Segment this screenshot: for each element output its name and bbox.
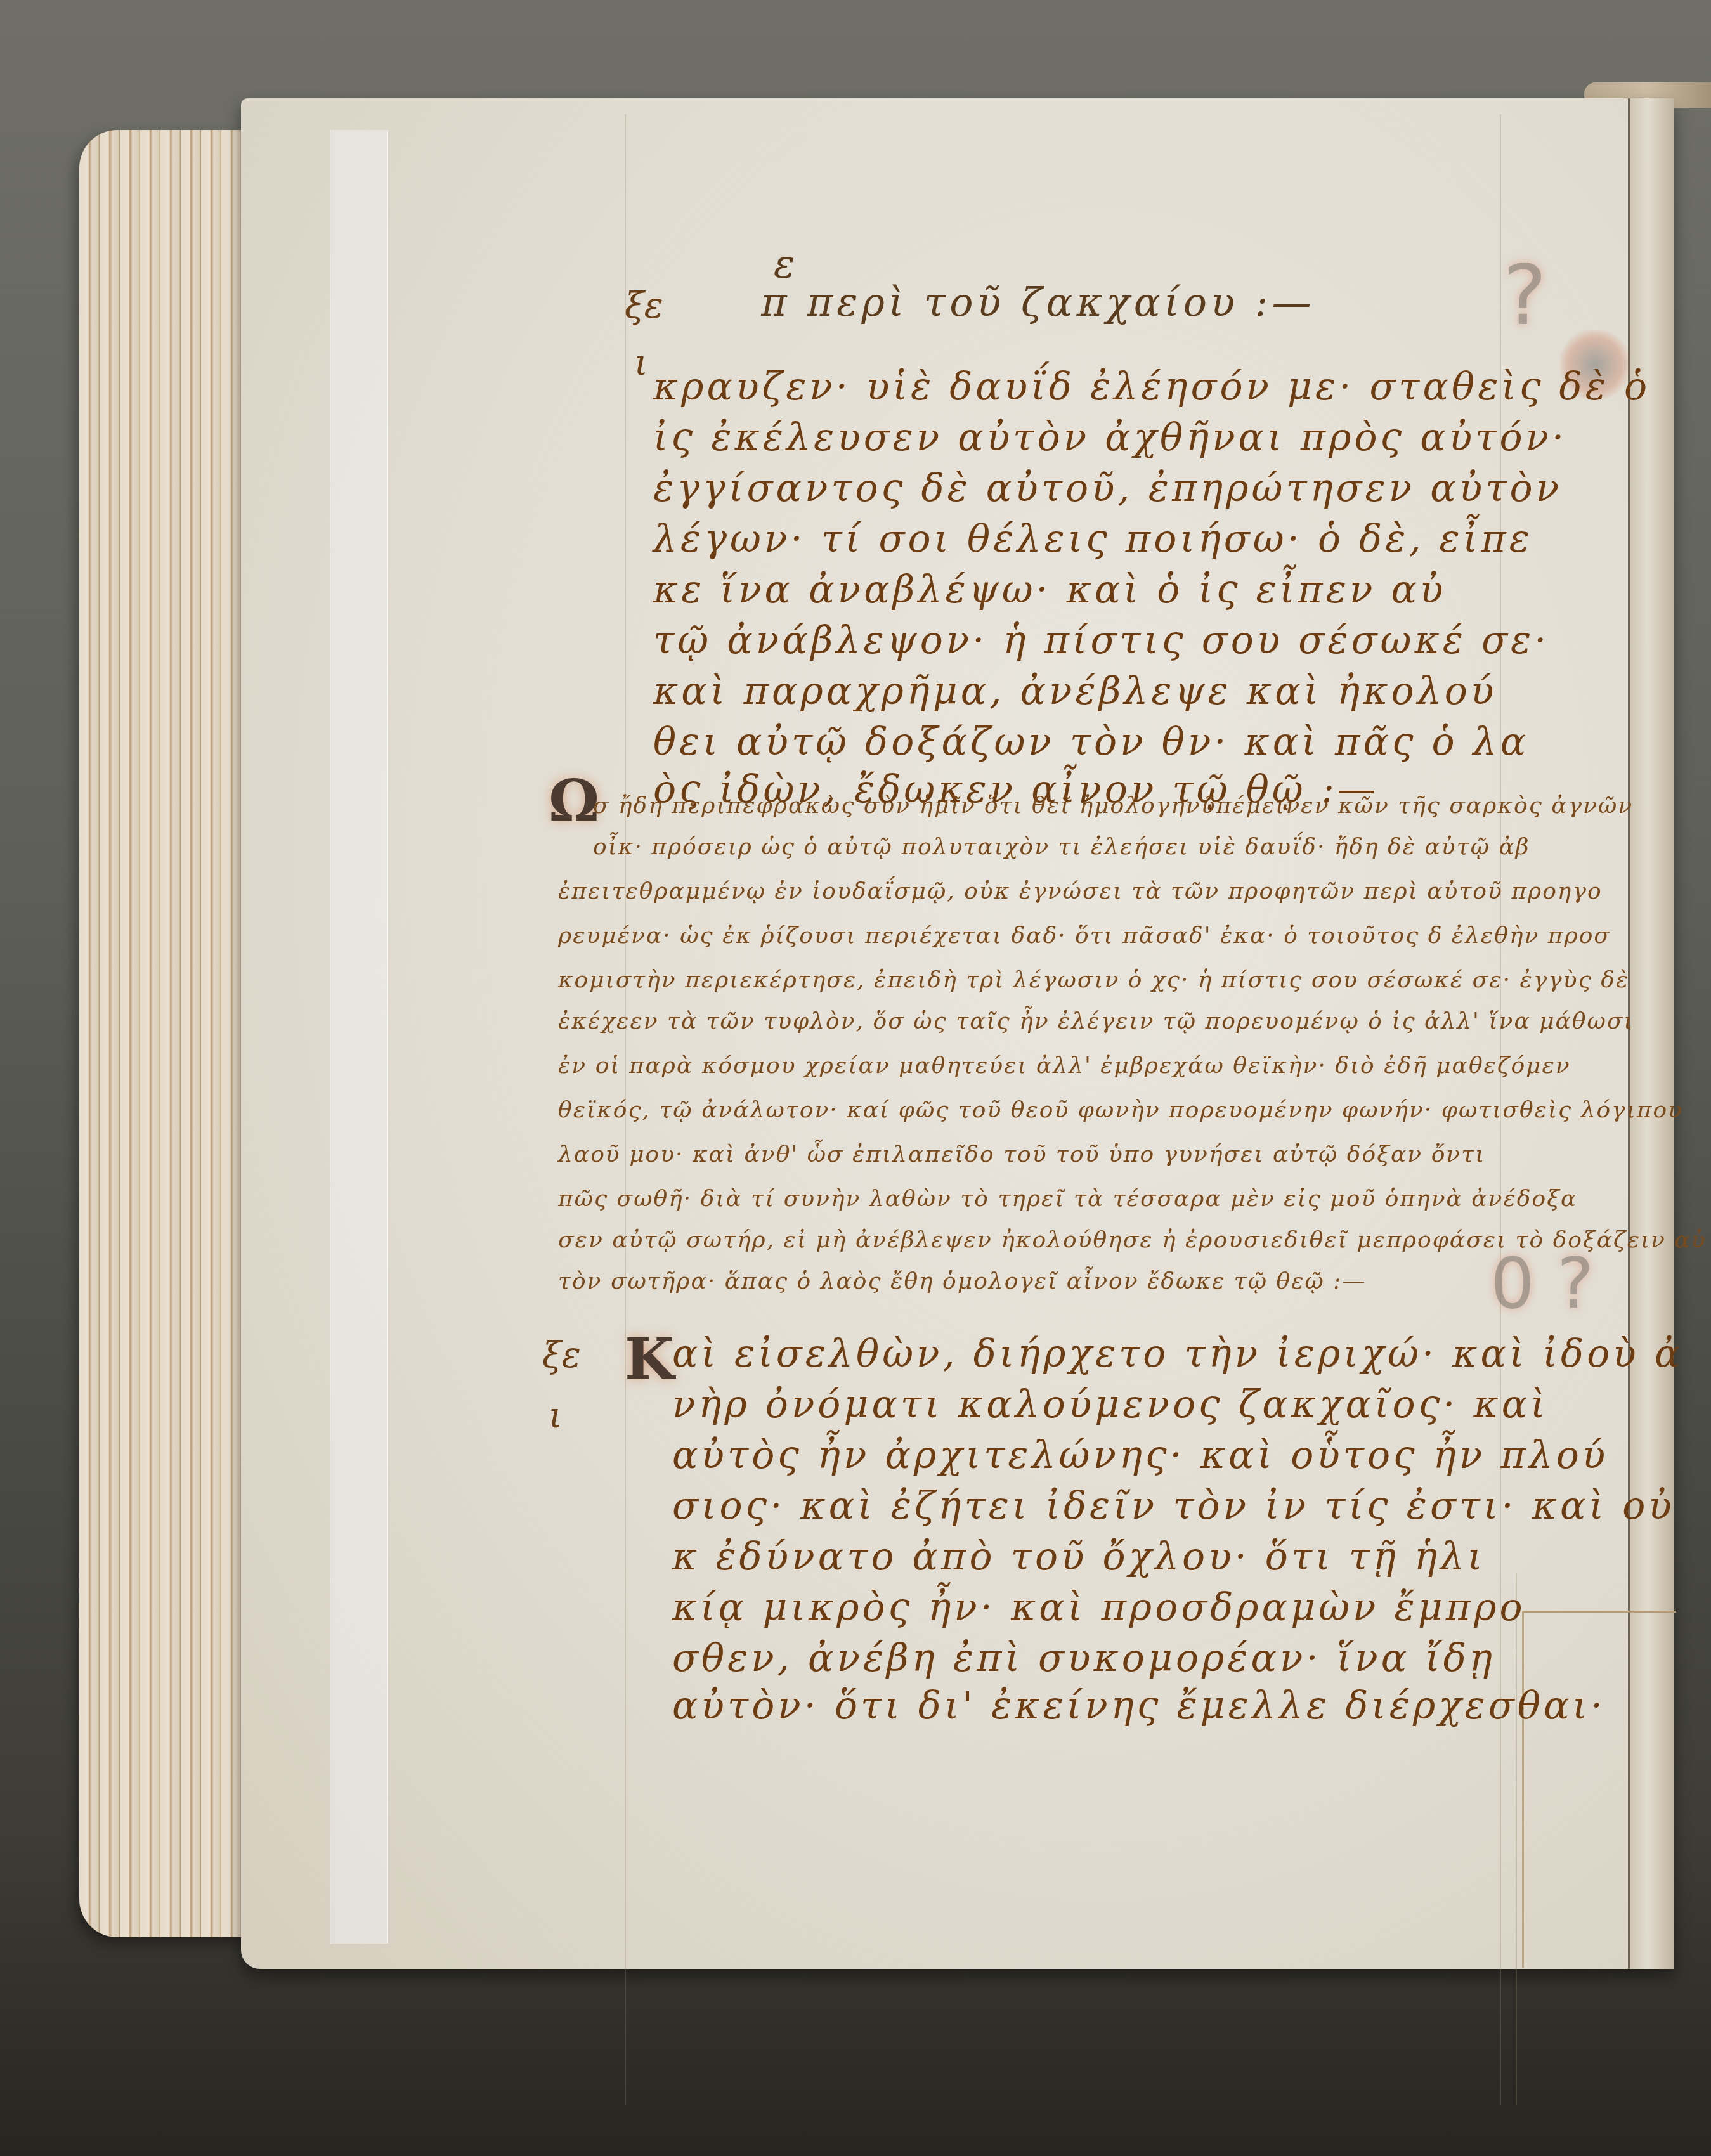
text-line: λέγων· τί σοι θέλεις ποιήσω· ὁ δὲ, εἶπε [653,517,1533,561]
decorated-initial-kappa: Κ [625,1325,674,1393]
ruling-vertical-patch [1516,1573,1517,2105]
margin-section-number-1: ξε [625,285,663,327]
decorated-initial-omega: Ω [549,767,599,834]
commentary-line: ἐν οἱ παρὰ κόσμου χρείαν μαθητεύει ἀλλ' … [558,1053,1571,1079]
transparent-tape-strip [330,130,388,1944]
page-heading: ε π περὶ τοῦ ζακχαίου :— [761,279,1315,325]
text-line: νὴρ ὀνόματι καλούμενος ζακχαῖος· καὶ [672,1382,1549,1427]
commentary-line: σ ἤδη περιπεφρακὼς σὺν ἡμῖν ὅτι θεῖ ἠμολ… [593,793,1633,819]
text-line: ἐγγίσαντος δὲ αὐτοῦ, ἐπηρώτησεν αὐτὸν [653,466,1562,510]
text-line: αὶ εἰσελθὼν, διήρχετο τὴν ἰεριχώ· καὶ ἰδ… [672,1332,1683,1376]
commentary-line: ρευμένα· ὡς ἐκ ῥίζουσι περιέχεται δαδ· ὅ… [558,923,1611,949]
margin-section-sub-1: ι [634,342,648,384]
commentary-line: θεϊκός, τῷ ἀνάλωτον· καί φῶς τοῦ θεοῦ φω… [558,1097,1683,1123]
commentary-line: σεν αὐτῷ σωτήρ, εἰ μὴ ἀνέβλεψεν ἠκολούθη… [558,1227,1707,1253]
heading-text: π περὶ τοῦ ζακχαίου :— [761,279,1315,325]
text-line: σθεν, ἀνέβη ἐπὶ συκομορέαν· ἵνα ἴδῃ [672,1636,1495,1680]
text-line: τῷ ἀνάβλεψον· ἡ πίστις σου σέσωκέ σε· [653,618,1549,663]
text-line: καὶ παραχρῆμα, ἀνέβλεψε καὶ ἠκολού [653,669,1497,713]
text-line: κ ἐδύνατο ἀπὸ τοῦ ὄχλου· ὅτι τῇ ἡλι [672,1535,1485,1579]
margin-section-sub-2: ι [549,1395,563,1436]
commentary-line: πῶς σωθῆ· διὰ τί συνὴν λαθὼν τὸ τηρεῖ τὰ… [558,1186,1577,1212]
text-line: θει αὐτῷ δοξάζων τὸν θν· καὶ πᾶς ὁ λα [653,720,1529,764]
offset-question-mark-icon: ? [1503,247,1547,344]
text-line: σιος· καὶ ἐζήτει ἰδεῖν τὸν ἰν τίς ἐστι· … [672,1484,1675,1528]
commentary-line: λαοῦ μου· καὶ ἀνθ' ὧσ ἐπιλαπεῖδο τοῦ τοῦ… [558,1141,1485,1167]
commentary-line: οἶκ· πρόσειρ ὡς ὁ αὐτῷ πολυταιχὸν τι ἐλε… [593,834,1530,860]
commentary-line: ἐκέχεεν τὰ τῶν τυφλὸν, ὅσ ὡς ταῖς ἦν ἐλέ… [558,1008,1634,1034]
text-line: κίᾳ μικρὸς ἦν· καὶ προσδραμὼν ἔμπρο [672,1585,1526,1630]
offset-zero-question-mark-icon: 0 ? [1490,1243,1594,1324]
heading-superscript: ε [774,241,798,287]
margin-section-number-2: ξε [542,1335,581,1376]
text-line: ἰς ἐκέλευσεν αὐτὸν ἀχθῆναι πρὸς αὐτόν· [653,415,1567,460]
text-line: κραυζεν· υἱὲ δαυΐδ ἐλέησόν με· σταθεὶς δ… [653,365,1650,409]
text-line: κε ἵνα ἀναβλέψω· καὶ ὁ ἰς εἶπεν αὐ [653,568,1447,612]
commentary-line: κομιστὴν περιεκέρτησε, ἐπειδὴ τρὶ λέγωσι… [558,967,1629,993]
commentary-line: τὸν σωτῆρα· ἅπας ὁ λαὸς ἔθη ὁμολογεῖ αἶν… [558,1268,1366,1294]
text-line: αὐτὸν· ὅτι δι' ἐκείνης ἔμελλε διέρχεσθαι… [672,1684,1606,1728]
commentary-line: ἐπειτεθραμμένῳ ἐν ἱουδαΐσμῷ, οὐκ ἐγνώσει… [558,878,1603,904]
repair-patch [1522,1611,1676,1968]
text-line: αὐτὸς ἦν ἀρχιτελώνης· καὶ οὗτος ἦν πλού [672,1433,1608,1477]
